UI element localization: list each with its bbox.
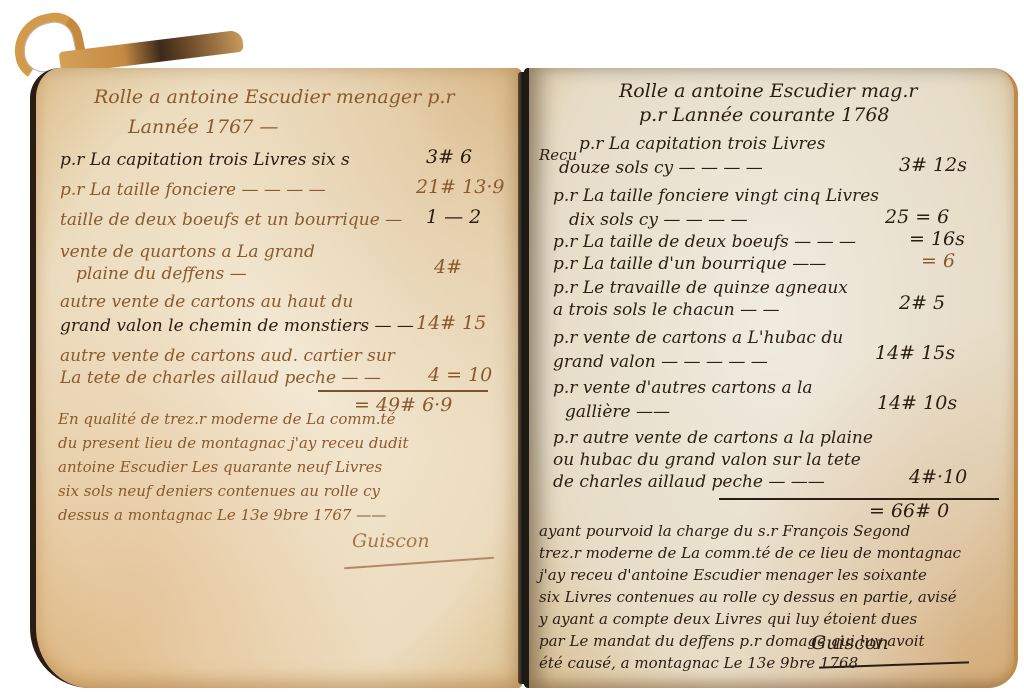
right-entry-3-text: p.r La taille de deux boeufs — — —: [553, 234, 856, 251]
left-entry-5-text-1: autre vente de cartons au haut du: [60, 294, 353, 311]
right-entry-8-amount: 4#·10: [909, 468, 967, 487]
right-entry-1-text-2: douze sols cy — — — —: [559, 160, 763, 177]
left-signature: Guiscon: [352, 532, 430, 551]
right-entry-7-text-1: p.r vente d'autres cartons a la: [553, 380, 813, 397]
right-entry-7-amount: 14# 10s: [877, 394, 957, 413]
right-entry-1-amount: 3# 12s: [899, 156, 967, 175]
left-receipt-line-3: antoine Escudier Les quarante neuf Livre…: [58, 460, 382, 475]
right-entry-5-amount: 2# 5: [899, 294, 945, 313]
right-entry-8-text-3: de charles aillaud peche — ——: [553, 474, 825, 491]
right-entry-6-text-2: grand valon — — — — —: [553, 354, 768, 371]
left-entry-4-text-2: plaine du deffens —: [76, 266, 247, 283]
left-entry-1-amount: 3# 6: [426, 148, 472, 167]
right-entry-2-text-1: p.r La taille fonciere vingt cinq Livres: [553, 188, 879, 205]
left-receipt-line-1: En qualité de trez.r moderne de La comm.…: [58, 412, 395, 427]
left-heading-line-1: Rolle a antoine Escudier menager p.r: [94, 88, 455, 107]
left-signature-flourish: [344, 557, 494, 569]
right-entry-2-amount: 25 = 6: [885, 208, 949, 227]
left-entry-4-text-1: vente de quartons a La grand: [60, 244, 315, 261]
left-heading-line-2: Lannée 1767 —: [128, 118, 278, 137]
left-receipt-line-5: dessus a montagnac Le 13e 9bre 1767 ——: [58, 508, 386, 523]
right-entry-8-text-1: p.r autre vente de cartons a la plaine: [553, 430, 873, 447]
right-entry-4-text: p.r La taille d'un bourrique ——: [553, 256, 826, 273]
right-entry-8-text-2: ou hubac du grand valon sur la tete: [553, 452, 861, 469]
left-entry-3-text: taille de deux boeufs et un bourrique —: [60, 212, 402, 229]
left-entry-6-text-2: La tete de charles aillaud peche — —: [60, 370, 381, 387]
right-receipt-line-7: été causé, a montagnac Le 13e 9bre 1768: [539, 656, 858, 671]
left-receipt-line-2: du present lieu de montagnac j'ay receu …: [58, 436, 409, 451]
right-signature: Guiscon: [811, 634, 889, 653]
left-entry-1-text: p.r La capitation trois Livres six s: [60, 152, 350, 169]
right-entry-6-amount: 14# 15s: [875, 344, 955, 363]
right-receipt-line-3: j'ay receu d'antoine Escudier menager le…: [539, 568, 927, 583]
right-sum-rule: [719, 498, 999, 500]
right-heading-line-1: Rolle a antoine Escudier mag.r: [619, 82, 918, 101]
left-entry-2-amount: 21# 13·9: [416, 178, 504, 197]
right-entry-4-amount: = 6: [921, 252, 955, 271]
right-entry-5-text-1: p.r Le travaille de quinze agneaux: [553, 280, 848, 297]
right-total: = 66# 0: [869, 502, 949, 521]
left-entry-4-amount: 4#: [434, 258, 462, 277]
right-heading-line-2: p.r Lannée courante 1768: [639, 106, 890, 125]
right-receipt-line-1: ayant pourvoid la charge du s.r François…: [539, 524, 910, 539]
left-entry-6-amount: 4 = 10: [428, 366, 492, 385]
right-entry-5-text-2: a trois sols le chacun — —: [553, 302, 780, 319]
left-page: Rolle a antoine Escudier menager p.r Lan…: [30, 68, 522, 688]
manuscript-photo: Rolle a antoine Escudier menager p.r Lan…: [0, 0, 1024, 692]
left-entry-2-text: p.r La taille fonciere — — — —: [60, 182, 326, 199]
right-receipt-line-5: y ayant a compte deux Livres qui luy éto…: [539, 612, 917, 627]
left-entry-5-text-2: grand valon le chemin de monstiers — —: [60, 318, 414, 335]
left-entry-3-amount: 1 — 2: [426, 208, 481, 227]
left-receipt-line-4: six sols neuf deniers contenues au rolle…: [58, 484, 380, 499]
open-notebook: Rolle a antoine Escudier menager p.r Lan…: [30, 68, 1020, 688]
left-entry-6-text-1: autre vente de cartons aud. cartier sur: [60, 348, 395, 365]
right-page: Rolle a antoine Escudier mag.r p.r Lanné…: [524, 68, 1018, 688]
right-entry-2-text-2: dix sols cy — — — —: [569, 212, 748, 229]
right-entry-3-amount: = 16s: [909, 230, 965, 249]
left-entry-5-amount: 14# 15: [416, 314, 486, 333]
right-receipt-line-4: six Livres contenues au rolle cy dessus …: [539, 590, 957, 605]
left-sum-rule: [318, 390, 488, 392]
right-receipt-line-2: trez.r moderne de La comm.té de ce lieu …: [539, 546, 961, 561]
right-entry-7-text-2: gallière ——: [565, 404, 670, 421]
right-entry-1-text-1: p.r La capitation trois Livres: [579, 136, 825, 153]
right-entry-6-text-1: p.r vente de cartons a L'hubac du: [553, 330, 843, 347]
